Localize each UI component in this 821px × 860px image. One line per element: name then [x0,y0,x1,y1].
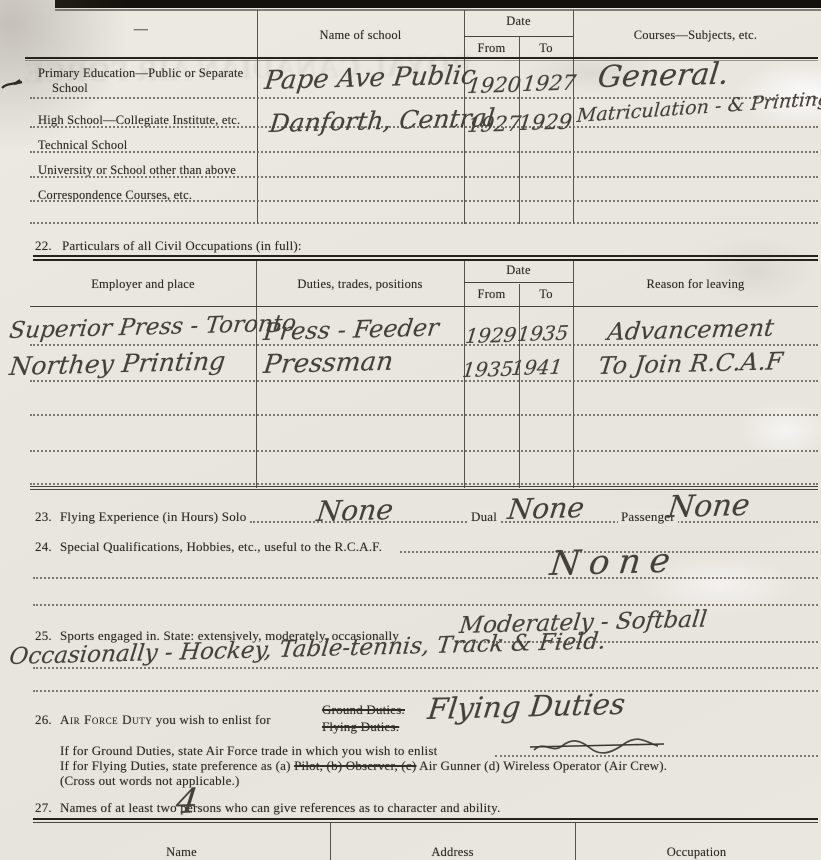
occupation-header-employer: Employer and place [30,277,256,292]
handwriting-primary-from: 1920 [466,73,522,98]
handwriting-q27-overwrite-4: 4 [174,781,200,822]
dotted-line [30,450,818,452]
dotted-line [33,604,818,606]
q26-flying-suffix: Air Gunner (d) Wireless Operator (Air Cr… [416,758,667,773]
education-header-to: To [519,41,573,56]
education-corner-dash: — [25,22,257,39]
handwriting-to-1: 1935 [516,321,570,346]
handwriting-q24-answer: None [548,541,681,584]
q27-text-before: Names of at least [60,800,157,815]
handwriting-technical-from: 1927 [466,112,522,137]
scanned-form-page: ROYAL CANADIAN AIR FORCE — Name of schoo… [0,0,821,860]
occupation-table-divider [256,261,257,488]
education-header-date: Date [464,14,573,29]
q26-option-flying: Flying Duties. [322,719,399,735]
dotted-line [30,222,818,224]
dotted-line [30,414,818,416]
education-row-label-primary: Primary Education—Public or Separate [38,66,243,81]
handwriting-q26-answer: Flying Duties [426,687,627,726]
q25-number: 25. [35,628,52,644]
occupation-header-to: To [519,287,573,302]
occupation-header-from: From [464,287,519,302]
q26-note: (Cross out words not applicable.) [60,773,240,789]
q22-title: Particulars of all Civil Occupations (in… [62,238,302,254]
handwriting-reason-2: To Join R.C.A.F [597,347,784,380]
q26-label: Air Force Duty you wish to enlist for [60,712,271,728]
scan-top-edge [55,0,821,8]
date-header-underline [464,282,573,283]
handwriting-passenger: None [666,488,752,525]
q22-double-rule-2 [33,259,818,261]
handwriting-from-1: 1929 [464,323,518,348]
handwriting-from-2: 1935 [461,357,515,382]
dotted-line [30,151,818,153]
dotted-line [30,483,818,485]
handwriting-employer-2: Northey Printing [8,346,227,381]
education-row-label-primary-2: School [52,81,88,96]
dotted-line [33,690,818,692]
handwriting-dual: None [506,491,586,526]
education-header-from: From [464,41,519,56]
dotted-line [495,755,818,757]
dotted-line [30,380,818,382]
handwriting-duties-1: Press - Feeder [262,313,440,346]
handwriting-primary-courses: General. [596,57,731,95]
occupation-table-divider [519,284,520,488]
education-header-courses: Courses—Subjects, etc. [573,28,818,43]
q27-double-rule [33,818,818,820]
q23-dual-label: Dual [468,509,500,525]
q26-flying-line: If for Flying Duties, state preference a… [60,758,667,774]
q26-flying-prefix: If for Flying Duties, state preference a… [60,758,294,773]
q26-option-ground: Ground Duties. [322,702,405,718]
occupation-header-date: Date [464,263,573,278]
dotted-line [30,176,818,178]
q27-printed-word-two: two [157,800,177,815]
occupation-header-rule [30,306,818,307]
handwriting-reason-1: Advancement [606,314,775,346]
occupation-bottom-rule [30,486,818,487]
handwriting-employer-1: Superior Press - Toronto [8,311,298,344]
q26-label-smallcaps: Air Force Duty [60,712,152,727]
date-header-underline [464,36,573,37]
handwriting-primary-school: Pape Ave Public [263,61,477,96]
dotted-line [30,200,818,202]
q23-number: 23. [35,509,52,525]
q27-double-rule-2 [33,822,818,823]
q22-double-rule [33,255,818,257]
q26-number: 26. [35,712,52,728]
q27-text-after: persons who can give references as to ch… [177,800,501,815]
q27-number: 27. [35,800,52,816]
q24-label: Special Qualifications, Hobbies, etc., u… [60,539,382,555]
education-header-name-of-school: Name of school [257,28,464,43]
occupation-table-divider [573,261,574,488]
handwriting-technical-school: Danforth, Central [268,103,496,138]
q26-flying-struck-options: Pilot, (b) Observer, (c) [294,758,416,773]
references-header-address: Address [330,845,575,860]
dotted-line [33,667,818,669]
references-header-occupation: Occupation [575,845,818,860]
references-header-name: Name [33,845,330,860]
handwriting-primary-to: 1927 [521,71,577,96]
q26-ground-line: If for Ground Duties, state Air Force tr… [60,743,437,759]
q24-number: 24. [35,539,52,555]
dotted-line [30,344,818,346]
occupation-header-duties: Duties, trades, positions [256,277,464,292]
q23-label: Flying Experience (in Hours) Solo [60,509,246,525]
q26-label-rest: you wish to enlist for [152,712,270,727]
dotted-line [33,577,818,579]
occupation-header-reason: Reason for leaving [573,277,818,292]
q22-number: 22. [35,238,52,254]
handwriting-duties-2: Pressman [262,347,395,380]
handwriting-solo: None [315,493,395,528]
scan-top-edge-shadow [55,9,821,11]
handwriting-to-2: 1941 [510,355,564,380]
q27-line: Names of at least two persons who can gi… [60,800,500,816]
paper-stain [695,235,815,305]
handwriting-technical-to: 1929 [517,110,573,135]
